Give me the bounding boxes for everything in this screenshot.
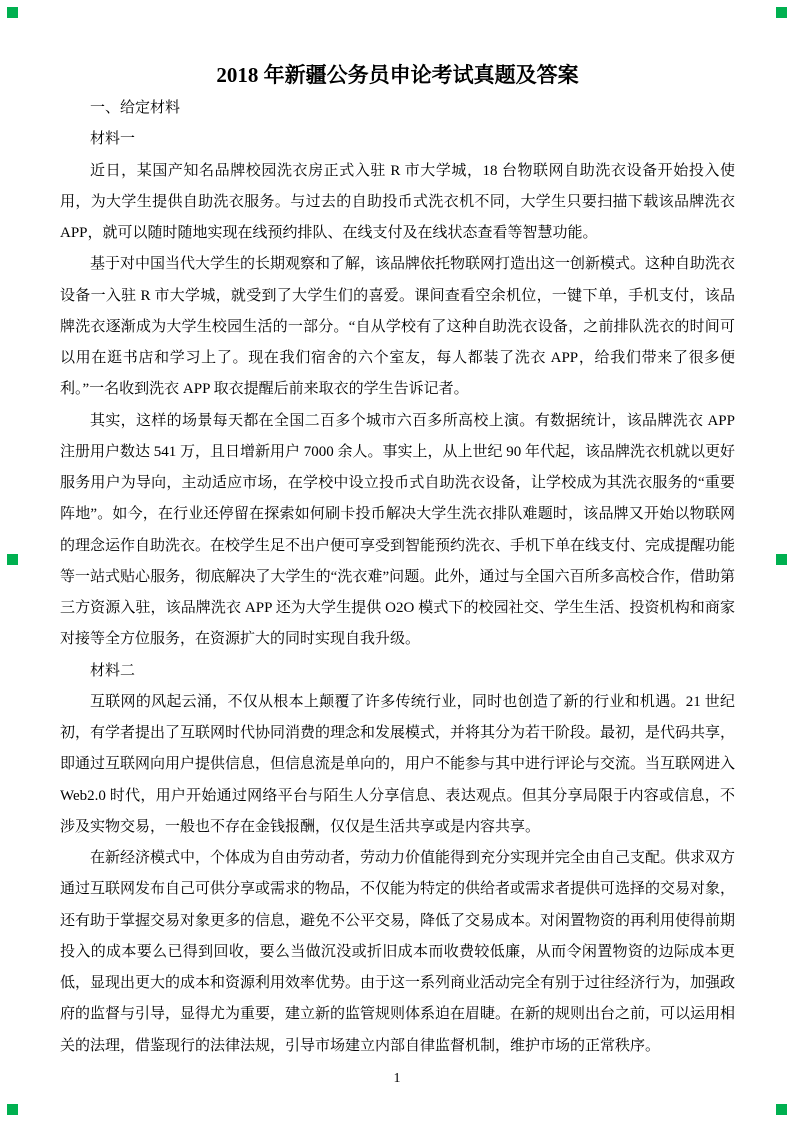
selection-handle-bottom-right[interactable] (776, 1104, 787, 1115)
selection-handle-top-left[interactable] (7, 7, 18, 18)
section-heading: 一、给定材料 (60, 93, 735, 124)
selection-handle-middle-right[interactable] (776, 554, 787, 565)
material-one-heading: 材料一 (60, 124, 735, 155)
paragraph: 互联网的风起云涌，不仅从根本上颠覆了许多传统行业，同时也创造了新的行业和机遇。2… (60, 687, 735, 843)
selection-handle-bottom-left[interactable] (7, 1104, 18, 1115)
selection-handle-top-right[interactable] (776, 7, 787, 18)
paragraph: 其实，这样的场景每天都在全国二百多个城市六百多所高校上演。有数据统计，该品牌洗衣… (60, 406, 735, 656)
paragraph: 近日，某国产知名品牌校园洗衣房正式入驻 R 市大学城，18 台物联网自助洗衣设备… (60, 156, 735, 250)
paragraph: 基于对中国当代大学生的长期观察和了解，该品牌依托物联网打造出这一创新模式。这种自… (60, 249, 735, 405)
selection-handle-middle-left[interactable] (7, 554, 18, 565)
document-page: 2018 年新疆公务员申论考试真题及答案 一、给定材料 材料一 近日，某国产知名… (0, 0, 794, 1122)
document-content: 2018 年新疆公务员申论考试真题及答案 一、给定材料 材料一 近日，某国产知名… (60, 57, 735, 1062)
document-title: 2018 年新疆公务员申论考试真题及答案 (60, 57, 735, 93)
page-number: 1 (0, 1069, 794, 1089)
paragraph: 在新经济模式中，个体成为自由劳动者，劳动力价值能得到充分实现并完全由自己支配。供… (60, 843, 735, 1062)
material-two-heading: 材料二 (60, 656, 735, 687)
